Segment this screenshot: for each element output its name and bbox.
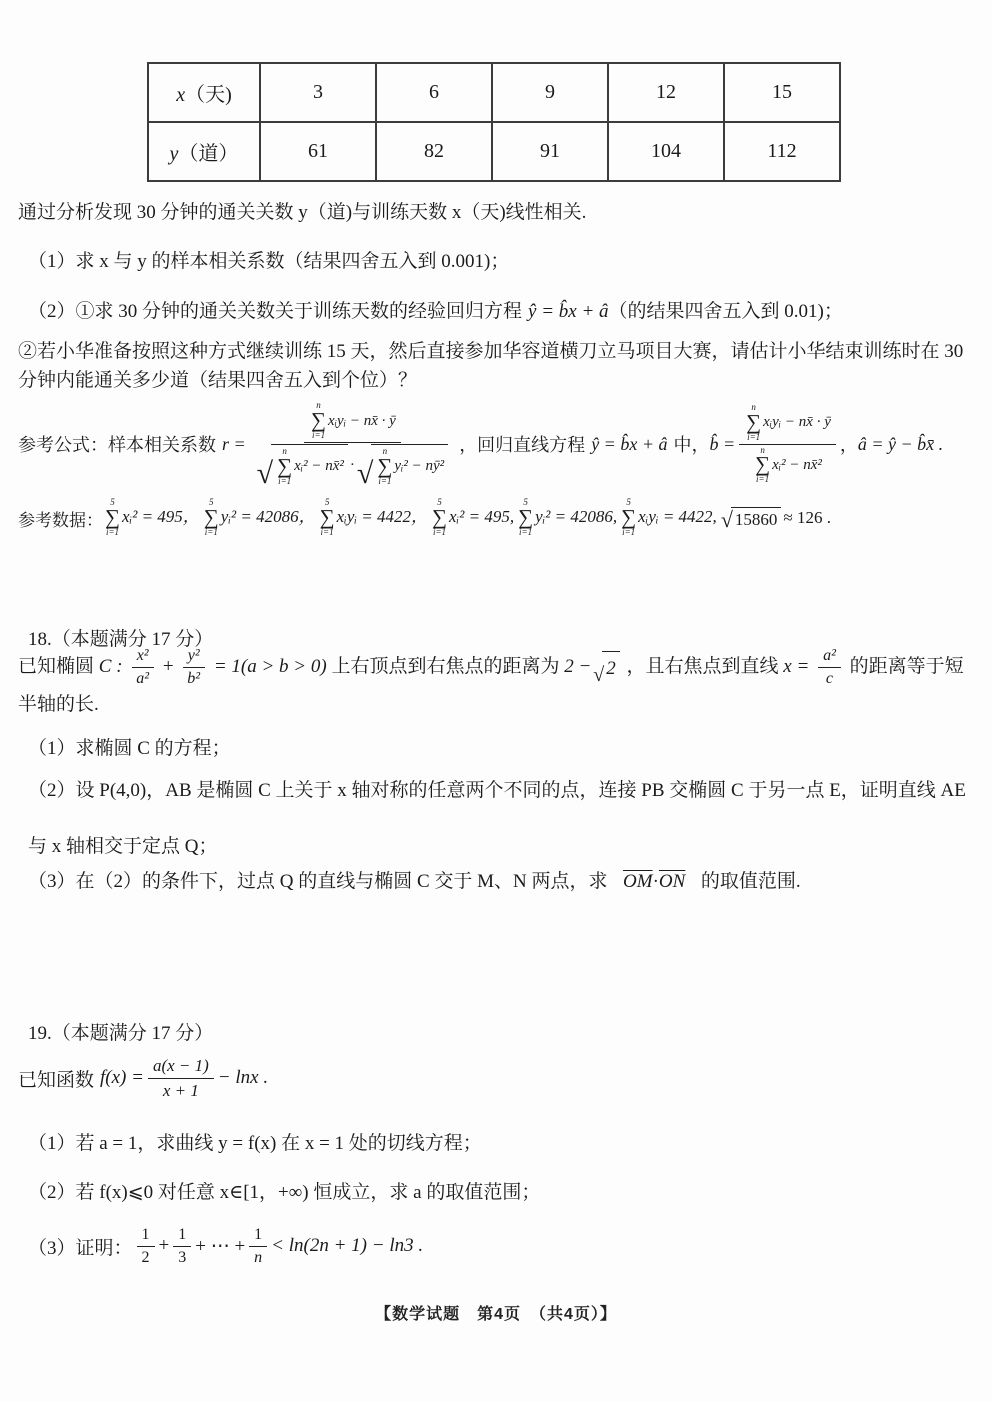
text: （3）证明： xyxy=(28,1233,133,1260)
distance-value: 2 − xyxy=(564,656,591,677)
summation-symbol: 5∑i=1 xyxy=(320,498,335,538)
radicand: n∑i=1xᵢ² − nx̄² xyxy=(271,444,348,487)
q18-part2: （2）设 P(4,0)，AB 是椭圆 C 上关于 x 轴对称的任意两个不同的点，… xyxy=(28,763,980,875)
cdot: · xyxy=(350,456,355,475)
regression-equation: ŷ = b̂x + â xyxy=(528,301,609,322)
formula-mid2: 中， xyxy=(673,431,709,457)
q17-part2-text: （2）①求 30 分钟的通关关数关于训练天数的经验回归方程 xyxy=(28,301,522,322)
refdata-lead: 参考数据： xyxy=(18,506,103,531)
text: ，且右焦点到直线 xyxy=(627,656,779,677)
ellipse-equation-tail: = 1(a > b > 0) xyxy=(214,656,327,677)
text: （3）在（2）的条件下，过点 Q 的直线与椭圆 C 交于 M、N 两点，求 xyxy=(28,871,608,892)
q17-intro: 通过分析发现 30 分钟的通关关数 y（道)与训练天数 x（天)线性相关. xyxy=(18,197,586,224)
table-row: x（天) 3 6 9 12 15 xyxy=(148,63,840,122)
table-cell: 61 xyxy=(260,122,376,181)
summation-symbol: 5∑i=1 xyxy=(204,498,219,538)
separator: ， xyxy=(840,431,858,457)
table-cell: 15 xyxy=(724,63,840,122)
table-cell: 112 xyxy=(724,122,840,181)
table-cell: 91 xyxy=(492,122,608,181)
refdata-tail: ≈ 126 . xyxy=(783,508,831,528)
table-cell: 82 xyxy=(376,122,492,181)
plus-sign: + xyxy=(163,656,174,677)
summation-symbol: n∑i=1 xyxy=(377,447,392,487)
exam-table: x（天) 3 6 9 12 15 y（道） 61 82 91 104 112 xyxy=(147,62,841,182)
expression: xᵢyᵢ − nx̄ · ȳ xyxy=(328,412,396,431)
formula-mid: ，回归直线方程 xyxy=(459,431,585,457)
b-hat-equals: b̂ = xyxy=(709,434,735,455)
refdata-term: 5∑i=1yᵢ² = 42086， xyxy=(202,498,316,538)
sqrt-radical: √n∑i=1yᵢ² − nȳ² xyxy=(357,444,448,487)
sqrt-radical: √n∑i=1xᵢ² − nx̄² xyxy=(257,444,348,487)
sqrt-radical: √2 xyxy=(593,651,619,684)
row-unit-label: （道） xyxy=(178,143,238,165)
function-label: f(x) = xyxy=(100,1067,144,1089)
table-cell: x（天) xyxy=(148,63,260,122)
table-cell: 104 xyxy=(608,122,724,181)
refdata-term: 5∑i=1yᵢ² = 42086, xyxy=(516,498,617,538)
reference-formula: 参考公式：样本相关系数 r = n∑i=1 xᵢyᵢ − nx̄ · ȳ √n∑… xyxy=(18,396,943,492)
summation-symbol: n∑i=1 xyxy=(311,401,326,441)
fraction: 1n xyxy=(249,1224,267,1269)
fraction: x²a² xyxy=(131,645,154,690)
row-unit-label: （天) xyxy=(185,84,232,106)
expression: yᵢ² − nȳ² xyxy=(394,457,444,476)
row-var-label: x xyxy=(176,84,185,106)
summation-symbol: 5∑i=1 xyxy=(621,498,636,538)
r-equals: r = xyxy=(222,434,246,455)
text: 的取值范围. xyxy=(701,871,801,892)
radicand: 2 xyxy=(602,651,620,684)
expression: xᵢ² − nx̄² xyxy=(772,456,822,475)
summation-symbol: 5∑i=1 xyxy=(432,498,447,538)
table-row: y（道） 61 82 91 104 112 xyxy=(148,122,840,181)
refdata-term: 5∑i=1xᵢyᵢ = 4422， xyxy=(318,498,428,538)
regression-equation: ŷ = b̂x + â xyxy=(591,434,667,455)
sqrt-radical: √15860 xyxy=(721,507,782,530)
q19-intro: 已知函数 f(x) = a(x − 1)x + 1 − lnx . xyxy=(18,1050,268,1106)
a-hat-equation: â = ŷ − b̂x̄ . xyxy=(858,434,943,455)
table-cell: 6 xyxy=(376,63,492,122)
summation-symbol: n∑i=1 xyxy=(277,447,292,487)
summation-symbol: n∑i=1 xyxy=(746,403,761,443)
q19-heading: 19.（本题满分 17 分） xyxy=(28,1018,213,1045)
reference-data: 参考数据： 5∑i=1xᵢ² = 495， 5∑i=1yᵢ² = 42086， … xyxy=(18,489,831,547)
refdata-term: 5∑i=1xᵢyᵢ = 4422, xyxy=(619,498,717,538)
table-cell: 12 xyxy=(608,63,724,122)
refdata-term: 5∑i=1xᵢ² = 495, xyxy=(430,498,514,538)
ellipsis: + ⋯ + xyxy=(195,1235,245,1258)
refdata-term: 5∑i=1xᵢ² = 495， xyxy=(103,498,200,538)
expression: xᵢ² − nx̄² xyxy=(294,457,344,476)
fraction: n∑i=1 xᵢyᵢ − nx̄ · ȳ √n∑i=1xᵢ² − nx̄² · … xyxy=(250,400,456,487)
summation-symbol: 5∑i=1 xyxy=(518,498,533,538)
q18-part1: （1）求椭圆 C 的方程； xyxy=(28,733,231,760)
summation-symbol: 5∑i=1 xyxy=(105,498,120,538)
line-equation: x = xyxy=(783,656,809,677)
ellipse-label: C : xyxy=(99,656,123,677)
radicand: 15860 xyxy=(731,507,782,530)
fraction-denominator: n∑i=1 xᵢ² − nx̄² xyxy=(748,445,827,487)
table-cell: 9 xyxy=(492,63,608,122)
vector-OM: OM xyxy=(623,871,653,892)
q17-part2: （2）①求 30 分钟的通关关数关于训练天数的经验回归方程ŷ = b̂x + â… xyxy=(28,296,843,323)
inequality-tail: < ln(2n + 1) − ln3 . xyxy=(271,1235,423,1257)
fraction: y²b² xyxy=(182,645,205,690)
text: 已知函数 xyxy=(18,1065,94,1092)
q17-part2b: ②若小华准备按照这种方式继续训练 15 天，然后直接参加华容道横刀立马项目大赛，… xyxy=(18,337,973,395)
fraction-numerator: n∑i=1 xᵢyᵢ − nx̄ · ȳ xyxy=(304,400,401,443)
fraction: 13 xyxy=(173,1224,191,1269)
table-cell: y（道） xyxy=(148,122,260,181)
q17-part2-tail: （的结果四舍五入到 0.01)； xyxy=(609,301,843,322)
exam-page: x（天) 3 6 9 12 15 y（道） 61 82 91 104 112 通… xyxy=(0,0,992,1402)
summation-symbol: n∑i=1 xyxy=(755,446,770,486)
q18-intro: 已知椭圆 C : x²a² + y²b² = 1(a > b > 0) 上右顶点… xyxy=(18,645,976,720)
table-cell: 3 xyxy=(260,63,376,122)
vector-ON: ON xyxy=(659,871,685,892)
fraction: a(x − 1)x + 1 xyxy=(148,1054,214,1102)
fraction: n∑i=1 xᵢyᵢ − nx̄ · ȳ n∑i=1 xᵢ² − nx̄² xyxy=(739,402,836,486)
q19-part3: （3）证明： 12 + 13 + ⋯ + 1n < ln(2n + 1) − l… xyxy=(28,1220,423,1272)
fraction: a²c xyxy=(818,645,841,690)
fraction-denominator: √n∑i=1xᵢ² − nx̄² · √n∑i=1yᵢ² − nȳ² xyxy=(250,443,456,488)
expression: xᵢyᵢ − nx̄ · ȳ xyxy=(763,413,831,432)
fraction: 12 xyxy=(137,1224,155,1269)
q17-part1: （1）求 x 与 y 的样本相关系数（结果四舍五入到 0.001)； xyxy=(28,246,509,273)
q19-part2: （2）若 f(x)⩽0 对任意 x∈[1，+∞) 恒成立，求 a 的取值范围； xyxy=(28,1177,540,1204)
text: 上右顶点到右焦点的距离为 xyxy=(331,656,559,677)
q18-part3: （3）在（2）的条件下，过点 Q 的直线与椭圆 C 交于 M、N 两点，求 OM… xyxy=(28,866,801,893)
radicand: n∑i=1yᵢ² − nȳ² xyxy=(371,444,448,487)
plus-sign: + xyxy=(159,1235,170,1257)
fraction-numerator: n∑i=1 xᵢyᵢ − nx̄ · ȳ xyxy=(739,402,836,445)
page-footer: 【数学试题 第4页 （共4页）】 xyxy=(0,1301,992,1324)
q19-part1: （1）若 a = 1，求曲线 y = f(x) 在 x = 1 处的切线方程； xyxy=(28,1128,482,1155)
formula-lead: 参考公式：样本相关系数 xyxy=(18,431,216,457)
text: 已知椭圆 xyxy=(18,656,94,677)
function-tail: − lnx . xyxy=(218,1067,268,1089)
